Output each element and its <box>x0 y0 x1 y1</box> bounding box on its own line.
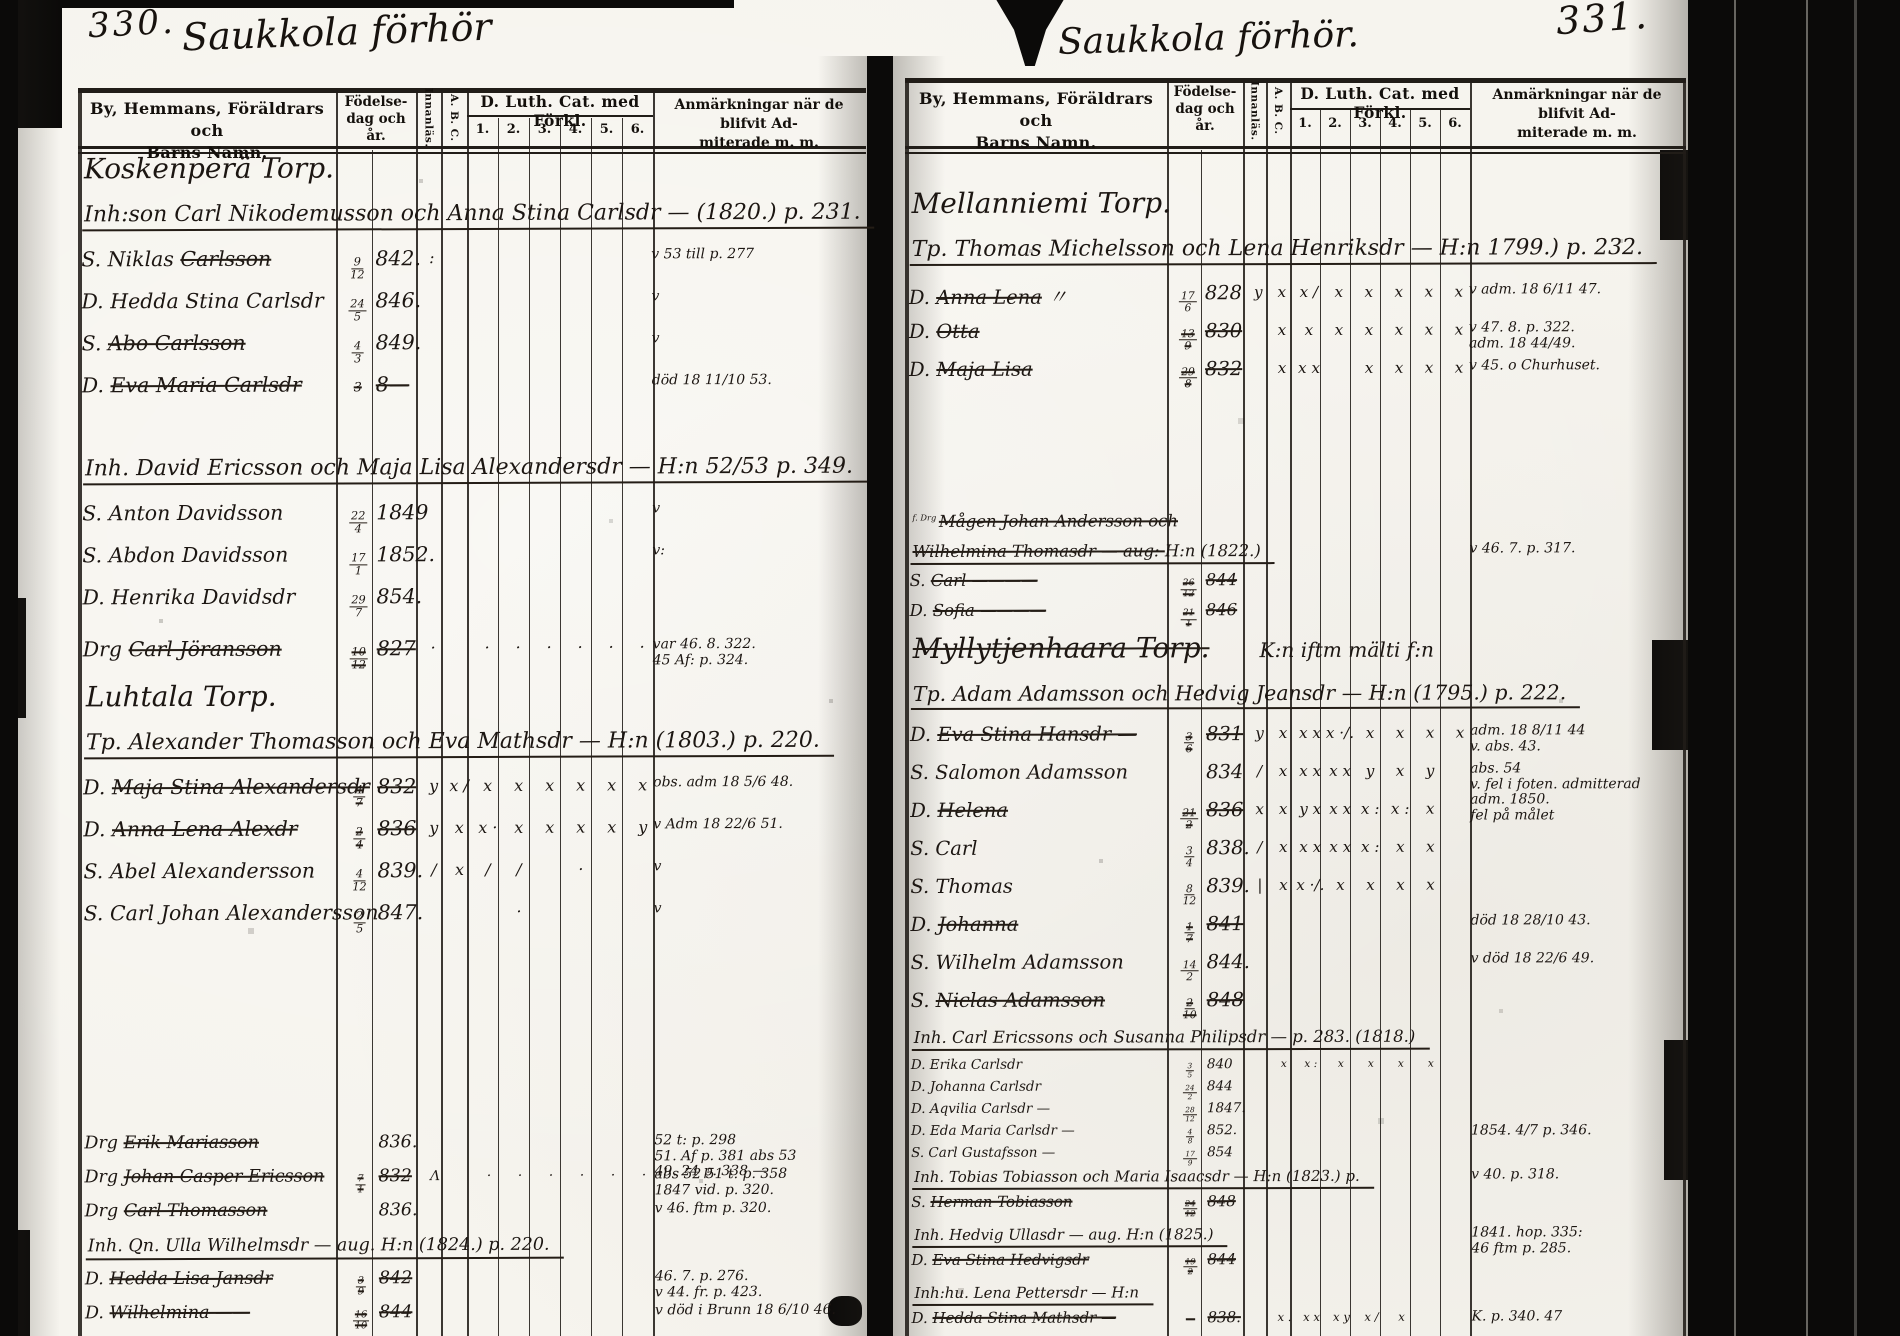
catechism-mark <box>597 899 628 901</box>
birth-year: 842. <box>375 246 419 270</box>
catechism-mark: / <box>472 858 503 879</box>
catechism-mark <box>1386 1192 1416 1194</box>
abc-mark: x <box>1270 281 1294 301</box>
catechism-mark <box>595 499 626 501</box>
scanned-register-spread: 330. Saukkola förhör Saukkola förhör. 33… <box>0 0 1900 1336</box>
catechism-mark <box>473 1132 504 1134</box>
birth-year: 848 <box>1207 988 1249 1011</box>
family-head-row: f. Drg Mågen Johan Andersson och <box>904 509 1685 541</box>
birth-day: 17 <box>1172 912 1206 945</box>
catechism-mark: x <box>1325 874 1355 894</box>
person-name: D. Anna Lena 〃 <box>904 281 1171 310</box>
reading-mark: / <box>1248 836 1271 856</box>
catechism-mark <box>1296 950 1326 952</box>
family-head-row: Tp. Thomas Michelsson och Lena Henriksdr… <box>904 234 1685 282</box>
birth-day: 34 <box>1172 836 1206 869</box>
reading-mark <box>1249 1250 1272 1252</box>
catechism-mark: x x <box>1295 836 1325 856</box>
entry-row: D. Johanna17841död 18 28/10 43. <box>905 911 1686 951</box>
birth-year: 841 <box>1206 912 1248 935</box>
catechism-mark <box>502 542 533 544</box>
entry-text: Luhtala Torp. <box>84 679 291 716</box>
person-name: S. Carl ———— <box>905 570 1172 590</box>
catechism-mark: · <box>534 636 565 657</box>
scan-margin-left-blob-2 <box>0 598 26 718</box>
birth-day: 3 <box>340 372 376 396</box>
entry-text: Inh:son Carl Nikodemusson och Anna Stina… <box>82 199 875 232</box>
catechism-mark: x <box>1385 722 1415 742</box>
family-head-row: Tp. Alexander Thomasson och Eva Mathsdr … <box>78 727 866 776</box>
catechism-mark: x x <box>1296 1308 1326 1324</box>
entry-row: D. Hedda Stina Mathsdr ——838.x .x xx yx … <box>906 1307 1687 1335</box>
entry-row: S. Abel Alexandersson412839./x//·v <box>78 857 866 902</box>
person-name: S. Carl Gustafsson — <box>906 1144 1173 1161</box>
catechism-mark <box>566 1132 597 1134</box>
person-name: Drg Johan Casper Ericsson <box>79 1166 342 1187</box>
catechism-mark <box>1295 570 1325 572</box>
catechism-mark <box>1386 988 1416 990</box>
remarks-note: v 47. 8. p. 322.adm. 18 44/49. <box>1469 320 1576 351</box>
birth-day: 412 <box>341 858 377 893</box>
catechism-mark <box>1385 570 1415 572</box>
birth-day: 36 <box>1172 722 1206 755</box>
birth-year: 848 <box>1207 1192 1249 1210</box>
remarks-note: v 46. ftm p. 320. <box>655 1201 772 1217</box>
birth-day: 35 <box>1173 1056 1207 1079</box>
catechism-mark <box>1356 950 1386 952</box>
page-title-script: Saukkola förhör <box>181 5 492 60</box>
catechism-mark: x <box>1384 319 1414 339</box>
catechism-mark <box>1326 1100 1356 1102</box>
catechism-mark: x <box>534 816 565 837</box>
birth-year: 846. <box>375 288 419 312</box>
catechism-mark: x <box>503 774 534 795</box>
reading-mark <box>1249 1078 1272 1080</box>
catechism-mark <box>595 583 626 585</box>
catechism-mark <box>1416 1250 1446 1252</box>
abc-mark: x <box>1271 874 1295 894</box>
catechism-mark <box>1446 988 1476 990</box>
catechism-mark <box>533 584 564 586</box>
catechism-mark <box>535 1132 566 1134</box>
catechism-subcolumns: 1.2.3.4.5.6. <box>467 122 653 137</box>
reading-mark <box>1249 988 1272 990</box>
catechism-mark <box>471 584 502 586</box>
reading-mark <box>422 1132 447 1134</box>
catechism-mark <box>474 1268 505 1270</box>
person-name: S. Herman Tobiasson <box>906 1192 1173 1211</box>
catechism-mark <box>502 500 533 502</box>
birth-day: 2612 <box>1172 570 1206 599</box>
entry-text: Inh. Hedvig Ullasdr — aug. H:n (1825.) <box>912 1224 1227 1248</box>
catechism-mark <box>595 371 626 373</box>
person-name: S. Abo Carlsson <box>77 330 340 355</box>
catechism-mark: x <box>1414 357 1444 377</box>
catechism-mark <box>1296 1144 1326 1146</box>
catechism-mark <box>502 584 533 586</box>
birth-year: 844 <box>1207 1078 1249 1094</box>
entry-row: D. Otta139830xxxxxxxv 47. 8. p. 322.adm.… <box>904 318 1685 358</box>
birth-year: 839. <box>377 858 421 882</box>
remarks-note: abs 52 51 t. p. 3581847 vid. p. 320. <box>654 1167 787 1198</box>
remarks-note: v <box>652 501 660 517</box>
entry-row: D. Sofia ————211846 <box>905 599 1686 631</box>
entry-row: Drg Johan Casper Ericsson71832Λ······abs… <box>79 1165 867 1202</box>
entry-row: S. Salomon Adamsson834/xx xx xyxyabs. 54… <box>905 759 1686 799</box>
birth-year: 8— <box>376 372 420 396</box>
scan-margin-left-blob-1 <box>0 270 13 440</box>
birth-day: 39 <box>343 1268 379 1297</box>
person-name: D. Anna Lena Alexdr <box>78 816 341 841</box>
catechism-mark <box>1356 1122 1386 1124</box>
birth-day: 1610 <box>343 1302 379 1331</box>
family-head-row: Inh:hu. Lena Pettersdr — H:n <box>906 1281 1687 1309</box>
reading-mark <box>1249 950 1272 952</box>
catechism-mark: x <box>472 774 503 795</box>
reading-mark: y <box>421 816 446 837</box>
reading-mark <box>1249 1056 1272 1058</box>
catechism-mark <box>564 330 595 332</box>
catechism-mark: · <box>565 636 596 657</box>
reading-mark <box>1247 357 1270 359</box>
reading-mark <box>1249 1192 1272 1194</box>
catechism-mark: x <box>1384 281 1414 301</box>
catechism-mark: x ·/. <box>1325 722 1355 742</box>
person-name: D. Eva Maria Carlsdr <box>77 372 340 397</box>
catechism-mark <box>564 584 595 586</box>
catechism-mark: x <box>1414 319 1444 339</box>
birth-year: 1847. <box>1207 1100 1249 1116</box>
catechism-mark <box>1445 836 1475 838</box>
catechism-mark: y x <box>1295 798 1325 818</box>
birth-year: 854. <box>376 584 420 608</box>
family-head-row: Inh. Carl Ericssons och Susanna Philipsd… <box>906 1025 1687 1057</box>
family-head-row: Tp. Adam Adamsson och Hedvig Jeansdr — H… <box>905 679 1686 723</box>
catechism-mark: x <box>503 816 534 837</box>
entry-row: S. Carl Gustafsson —179854 <box>906 1143 1687 1167</box>
abc-mark: x <box>1270 357 1294 377</box>
remarks-note: v <box>654 901 662 917</box>
family-head-row: Inh. Tobias Tobiasson och Maria Isaacsdr… <box>906 1165 1687 1193</box>
catechism-mark <box>473 900 504 902</box>
birth-day: 210 <box>1173 988 1207 1021</box>
catechism-mark: · <box>504 1166 535 1184</box>
entry-row: D. Anna Lena Alexdr24836yxx ·xxxxyv Adm … <box>78 815 866 860</box>
catechism-mark: y <box>1415 760 1445 780</box>
catechism-mark <box>595 541 626 543</box>
catechism-mark: x <box>1385 760 1415 780</box>
scan-margin-right-band <box>1688 0 1900 1336</box>
catechism-mark <box>1296 1100 1326 1102</box>
catechism-mark <box>532 288 563 290</box>
section-heading-row: Luhtala Torp. <box>78 677 866 730</box>
catechism-mark: x <box>1415 722 1445 742</box>
catechism-mark <box>471 500 502 502</box>
catechism-mark <box>502 330 533 332</box>
family-head-row: Inh. Qn. Ulla Wilhelmsdr — aug. H:n (182… <box>80 1233 868 1270</box>
catechism-mark: x <box>1415 798 1445 818</box>
entry-row: S. Carl Johan Alexandersson25847.·v <box>79 899 867 944</box>
catechism-mark <box>1386 1078 1416 1080</box>
birth-day: 139 <box>1171 319 1205 352</box>
catechism-mark <box>1295 912 1325 914</box>
birth-year: 839. <box>1206 874 1248 897</box>
column-header-remarks: Anmärkningar när de blifvit Ad-miterade … <box>1472 86 1682 143</box>
entry-text: Wilhelmina Thomasdr — aug: H:n (1822.) <box>910 540 1274 565</box>
catechism-mark: / <box>503 858 534 879</box>
reading-mark <box>423 1200 448 1202</box>
abc-mark <box>445 584 471 586</box>
entry-text: Koskenperä Torp. <box>82 150 348 187</box>
birth-year: 846 <box>1206 600 1248 619</box>
family-head-row: Wilhelmina Thomasdr — aug: H:n (1822.)v … <box>904 539 1685 571</box>
catechism-mark: x x <box>1325 760 1355 780</box>
abc-mark <box>445 500 471 502</box>
remarks-note: v <box>651 289 659 305</box>
birth-day: — <box>1173 1308 1207 1326</box>
row-gap <box>77 413 865 456</box>
page-title-script: Saukkola förhör. <box>1058 14 1360 63</box>
catechism-mark <box>471 542 502 544</box>
reading-mark <box>420 372 445 374</box>
entry-row: S. Herman Tobiasson2412848 <box>906 1191 1687 1219</box>
catechism-mark: · <box>472 636 503 657</box>
abc-mark <box>1272 1078 1296 1080</box>
catechism-mark <box>598 1267 629 1269</box>
person-name: D. Otta <box>904 319 1171 343</box>
birth-year: 832 <box>1205 357 1247 380</box>
catechism-mark <box>598 1199 629 1201</box>
catechism-mark: x <box>596 815 627 836</box>
column-header-reading: Innanläs. <box>416 90 441 146</box>
abc-mark <box>448 1302 474 1304</box>
reading-mark: | <box>1248 874 1271 894</box>
entry-row: D. Eva Stina Hansdr —36831yxx xx ·/.xxxx… <box>905 721 1686 761</box>
remarks-note: v <box>653 859 661 875</box>
catechism-mark <box>1415 912 1445 914</box>
catechism-mark <box>1416 1144 1446 1146</box>
birth-year: 840 <box>1207 1056 1249 1072</box>
abc-mark <box>1272 1122 1296 1124</box>
abc-mark <box>1271 912 1295 914</box>
reading-mark: / <box>421 858 446 879</box>
reading-mark <box>420 330 445 332</box>
catechism-mark <box>470 288 501 290</box>
person-name: S. Abdon Davidsson <box>77 542 340 567</box>
catechism-mark <box>1446 1192 1476 1194</box>
birth-year: 827 <box>377 636 421 660</box>
catechism-mark <box>566 900 597 902</box>
catechism-mark: x <box>1384 357 1414 377</box>
abc-mark <box>1272 950 1296 952</box>
catechism-mark <box>1325 600 1355 602</box>
catechism-mark: x <box>1354 357 1384 377</box>
catechism-mark: · <box>597 1165 628 1183</box>
catechism-mark: x <box>1326 1056 1356 1070</box>
entry-row: S. Wilhelm Adamsson142844.v död 18 22/6 … <box>906 949 1687 989</box>
abc-mark <box>1272 1192 1296 1194</box>
catechism-mark <box>1416 988 1446 990</box>
abc-mark <box>445 372 471 374</box>
entry-text: Mellanniemi Torp. <box>910 185 1186 222</box>
catechism-mark: x <box>1355 722 1385 742</box>
reading-mark <box>1247 319 1270 321</box>
abc-mark <box>1272 1144 1296 1146</box>
catechism-mark: x <box>1386 1308 1416 1324</box>
person-name: S. Anton Davidsson <box>77 500 340 525</box>
birth-day: 245 <box>339 288 375 323</box>
entry-row: D. Aqvilia Carlsdr —28121847. <box>906 1099 1687 1123</box>
person-name: S. Thomas <box>905 874 1172 898</box>
birth-year: 838. <box>1206 836 1248 859</box>
catechism-mark <box>470 246 501 248</box>
catechism-mark: x : <box>1385 798 1415 818</box>
catechism-mark <box>533 372 564 374</box>
remarks-note: död 18 11/10 53. <box>652 373 772 389</box>
catechism-mark <box>1296 1192 1326 1194</box>
catechism-mark <box>567 1302 598 1304</box>
birth-year: 849. <box>376 330 420 354</box>
catechism-mark: x x <box>1325 836 1355 856</box>
catechism-mark <box>471 372 502 374</box>
birth-year: 838. <box>1207 1308 1249 1326</box>
heading-annotation: K:n iftm mälti f:n <box>1259 638 1434 662</box>
catechism-mark <box>1446 1144 1476 1146</box>
birth-day: 812 <box>1172 874 1206 907</box>
entry-text: Tp. Adam Adamsson och Hedvig Jeansdr — H… <box>911 679 1580 710</box>
family-head-row: Inh:son Carl Nikodemusson och Anna Stina… <box>76 199 864 248</box>
catechism-mark <box>536 1200 567 1202</box>
scan-noise-specks <box>0 0 2 2</box>
birth-day: 298 <box>1171 357 1205 390</box>
catechism-mark <box>505 1268 536 1270</box>
birth-day: 224 <box>340 500 376 535</box>
entry-row: S. Carl34838./xx xx xx :xx <box>905 835 1686 875</box>
abc-mark: x <box>1272 1056 1296 1070</box>
catechism-mark: x <box>534 774 565 795</box>
catechism-mark <box>1415 570 1445 572</box>
catechism-mark <box>1356 1144 1386 1146</box>
catechism-mark <box>596 857 627 859</box>
abc-mark: x / <box>446 774 472 795</box>
person-name: D. Johanna Carlsdr <box>906 1078 1173 1095</box>
catechism-mark <box>1295 600 1325 602</box>
entry-row: D. Erika Carlsdr35840xx :xxxx <box>906 1055 1687 1079</box>
reading-mark <box>420 500 445 502</box>
entry-row: S. Niclas Adamsson210848 <box>906 987 1687 1027</box>
birth-year: 847. <box>378 900 422 924</box>
column-header-abc: A. B. C. <box>441 90 467 146</box>
birth-day: 1012 <box>341 636 377 671</box>
catechism-mark <box>536 1268 567 1270</box>
catechism-mark <box>594 287 625 289</box>
abc-mark: x <box>446 816 472 837</box>
birth-year: 834 <box>1206 760 1248 783</box>
catechism-mark <box>471 330 502 332</box>
entry-row: D. Henrika Davidsdr297854. <box>77 583 865 628</box>
catechism-mark <box>1296 1122 1326 1124</box>
person-name: D. Sofia ———— <box>905 600 1172 620</box>
abc-mark <box>448 1268 474 1270</box>
catechism-mark: x <box>596 773 627 794</box>
column-header-abc: A. B. C. <box>1266 80 1290 142</box>
catechism-mark: · <box>565 858 596 879</box>
entry-text: Tp. Alexander Thomasson och Eva Mathsdr … <box>84 727 834 760</box>
catechism-mark: x x <box>1294 357 1324 377</box>
catechism-mark <box>502 372 533 374</box>
remarks-note: var 46. 8. 322.45 Af: p. 324. <box>653 637 756 668</box>
remarks-note: v död i Brunn 18 6/10 46. <box>655 1303 836 1319</box>
person-name: D. Hedda Stina Carlsdr <box>76 288 339 313</box>
reading-mark: x <box>1248 798 1271 818</box>
reading-mark <box>422 900 447 902</box>
entry-row: Drg Erik Mariasson836.52 t: p. 29851. Af… <box>79 1131 867 1168</box>
catechism-mark: x <box>1356 1056 1386 1070</box>
catechism-mark <box>1386 1122 1416 1124</box>
page-number: 330. <box>87 2 177 47</box>
scan-scratch-1 <box>1734 0 1736 1336</box>
birth-day: 2412 <box>1173 1192 1207 1217</box>
abc-mark <box>444 246 470 248</box>
abc-mark <box>1271 570 1295 572</box>
entry-row: D. Maja Lisa298832xx xxxxxv 45. o Churhu… <box>904 356 1685 396</box>
catechism-mark <box>1446 1100 1476 1102</box>
remarks-note: v adm. 18 6/11 47. <box>1469 282 1601 298</box>
catechism-mark: x y <box>1326 1308 1356 1324</box>
catechism-mark: x <box>565 774 596 795</box>
row-gap <box>903 149 1684 186</box>
birth-year: 1849 <box>376 500 420 524</box>
catechism-mark <box>1416 1308 1446 1310</box>
entry-row: D. Wilhelmina ——1610844v död i Brunn 18 … <box>80 1301 868 1336</box>
scan-scratch-3 <box>1854 0 1857 1336</box>
catechism-mark <box>474 1200 505 1202</box>
abc-mark <box>1272 988 1296 990</box>
entry-row: S. Abo Carlsson43849.v <box>77 329 865 374</box>
catechism-mark: · <box>596 635 627 656</box>
catechism-mark <box>1445 874 1475 876</box>
entry-row: S. Niklas Carlsson912842.:v 53 till p. 2… <box>76 245 864 290</box>
catechism-mark <box>1385 912 1415 914</box>
reading-mark <box>1248 600 1271 602</box>
catechism-mark <box>1326 950 1356 952</box>
reading-mark <box>423 1302 448 1304</box>
catechism-mark: y <box>1355 760 1385 780</box>
catechism-mark <box>474 1302 505 1304</box>
birth-day: 242 <box>1173 1078 1207 1101</box>
catechism-mark <box>626 583 657 585</box>
catechism-mark <box>505 1200 536 1202</box>
birth-day: 142 <box>1173 950 1207 983</box>
birth-year: 828 <box>1205 281 1247 304</box>
remarks-note: v 46. 7. p. 317. <box>1469 541 1575 557</box>
entry-row: Drg Carl Jöransson1012827·······var 46. … <box>78 635 866 680</box>
remarks-note: 1841. hop. 335:46 ftm p. 285. <box>1471 1225 1582 1256</box>
birth-day: 47 <box>341 774 377 809</box>
catechism-mark <box>1325 912 1355 914</box>
section-heading-row: Koskenperä Torp. <box>76 149 864 202</box>
birth-day: 297 <box>340 584 376 619</box>
catechism-mark: x : <box>1296 1056 1326 1070</box>
catechism-mark <box>1296 1250 1326 1252</box>
birth-year: 844 <box>1206 570 1248 589</box>
catechism-mark <box>1385 600 1415 602</box>
row-gap <box>79 941 868 1134</box>
person-name: Drg Carl Jöransson <box>78 636 341 661</box>
catechism-mark: x <box>1414 281 1444 301</box>
birth-day: 71 <box>342 1166 378 1195</box>
person-name: S. Carl Johan Alexandersson <box>79 900 342 925</box>
